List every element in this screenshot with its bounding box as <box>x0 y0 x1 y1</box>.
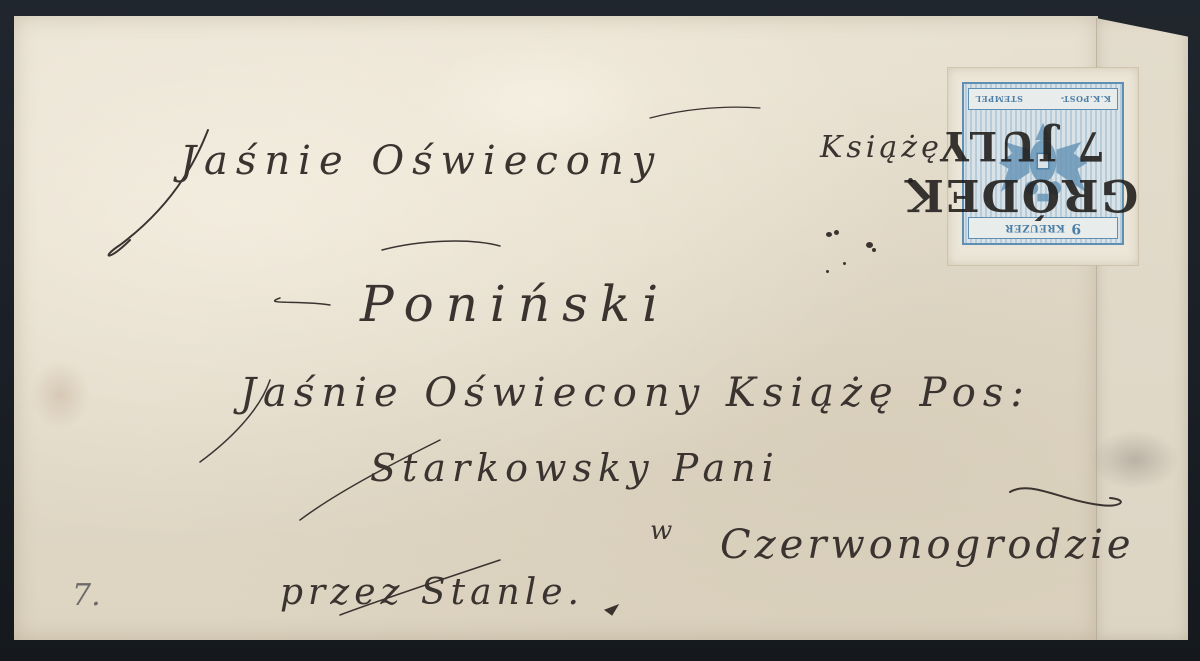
ink-spatter <box>866 242 873 248</box>
pencil-annotation: 7. <box>72 578 101 613</box>
address-line-1: Jaśnie Oświecony <box>180 138 662 184</box>
address-line-3: Jaśnie Oświecony Książę Pos: <box>240 370 1031 416</box>
address-line-2-name: Poniński <box>360 275 670 333</box>
address-line-1-tail: Książę <box>820 130 943 165</box>
postmark-town: GRÓDEK <box>886 168 1156 220</box>
ink-spatter <box>872 248 876 252</box>
stamp-value-label: 9 KREUZER <box>968 217 1118 239</box>
ink-spatter <box>826 232 832 237</box>
stamp-currency: KREUZER <box>1005 223 1065 234</box>
address-line-6-via: przez Stanle. <box>280 572 584 613</box>
ink-spatter <box>834 230 839 235</box>
ink-spatter <box>826 270 829 273</box>
ink-spatter <box>843 262 846 265</box>
address-line-5-prefix: w <box>650 516 672 546</box>
stamp-denomination: 9 <box>1071 220 1081 236</box>
address-line-5-town: Czerwonogrodzie <box>720 522 1135 568</box>
address-line-4: Starkowsky Pani <box>370 446 780 490</box>
